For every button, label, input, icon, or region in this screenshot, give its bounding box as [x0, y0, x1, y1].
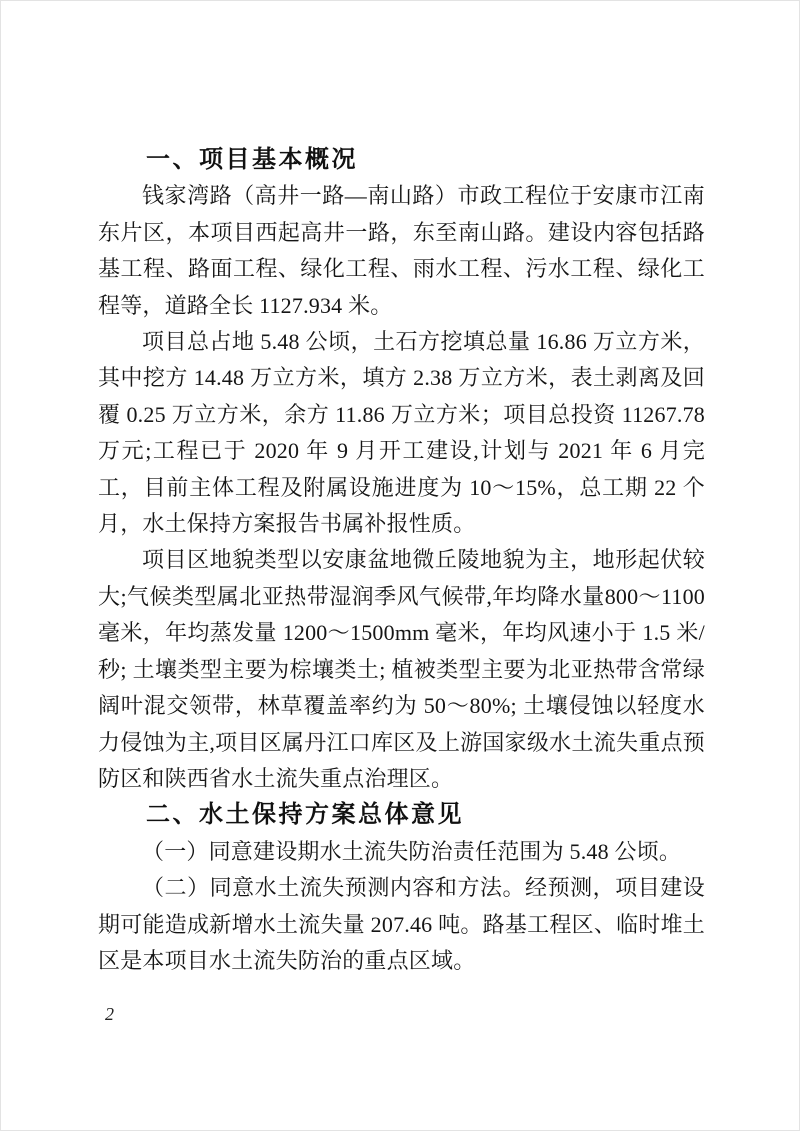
- paragraph-project-location: 钱家湾路（高井一路—南山路）市政工程位于安康市江南东片区，本项目西起高井一路，东…: [98, 178, 705, 324]
- document-page: 一、项目基本概况 钱家湾路（高井一路—南山路）市政工程位于安康市江南东片区，本项…: [0, 0, 800, 1131]
- section-heading-overall-opinion: 二、水土保持方案总体意见: [98, 797, 705, 833]
- paragraph-project-scale: 项目总占地 5.48 公顷，土石方挖填总量 16.86 万立方米，其中挖方 14…: [98, 324, 705, 542]
- paragraph-opinion-item-1: （一）同意建设期水土流失防治责任范围为 5.48 公顷。: [98, 834, 705, 870]
- page-number: 2: [105, 1002, 114, 1026]
- paragraph-project-area-conditions: 项目区地貌类型以安康盆地微丘陵地貌为主，地形起伏较大;气候类型属北亚热带湿润季风…: [98, 542, 705, 797]
- section-heading-project-overview: 一、项目基本概况: [98, 142, 705, 178]
- paragraph-opinion-item-2: （二）同意水土流失预测内容和方法。经预测，项目建设期可能造成新增水土流失量 20…: [98, 870, 705, 979]
- document-content: 一、项目基本概况 钱家湾路（高井一路—南山路）市政工程位于安康市江南东片区，本项…: [98, 142, 705, 979]
